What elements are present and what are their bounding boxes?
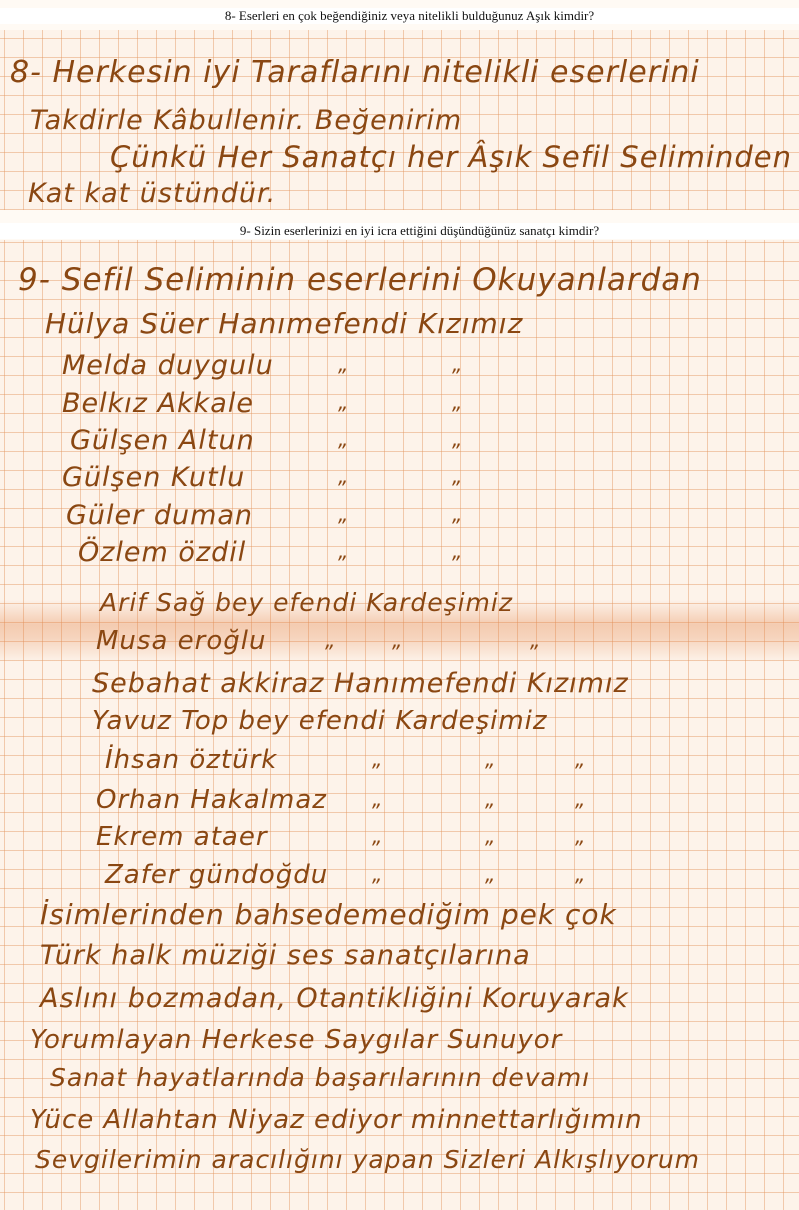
singer-row-6-name: Özlem özdil <box>78 537 246 568</box>
ditto-mark: „ <box>452 539 462 563</box>
singer-row-musa-name: Musa eroğlu <box>96 626 266 656</box>
singer-row-10-name: Orhan Hakalmaz <box>96 785 327 815</box>
ditto-mark: „ <box>338 464 348 488</box>
closing-line-5: Sanat hayatlarında başarılarının devamı <box>50 1063 590 1092</box>
singer-row-2-name: Belkız Akkale <box>62 388 254 419</box>
singer-row-4-name: Gülşen Kutlu <box>62 462 245 493</box>
ditto-mark: „ <box>325 628 335 652</box>
ditto-mark: „ <box>452 390 462 414</box>
singer-row-1-name: Melda duygulu <box>62 350 274 381</box>
singer-row-9-name: İhsan öztürk <box>105 745 277 775</box>
ditto-mark: „ <box>372 862 382 886</box>
closing-line-4: Yorumlayan Herkese Saygılar Sunuyor <box>30 1025 562 1055</box>
singer-row-12-name: Zafer gündoğdu <box>105 860 328 890</box>
ditto-mark: „ <box>338 502 348 526</box>
closing-line-1: İsimlerinden bahsedemediğim pek çok <box>40 898 617 931</box>
ditto-mark: „ <box>452 427 462 451</box>
singer-row-11-name: Ekrem ataer <box>96 822 268 852</box>
ditto-mark: „ <box>485 862 495 886</box>
sebahat-line: Sebahat akkiraz Hanımefendi Kızımız <box>92 668 629 699</box>
arif-sag-line: Arif Sağ bey efendi Kardeşimiz <box>100 588 513 617</box>
ditto-mark: „ <box>452 464 462 488</box>
ditto-mark: „ <box>575 747 585 771</box>
ditto-mark: „ <box>575 824 585 848</box>
ditto-mark: „ <box>485 747 495 771</box>
answer8-line-3: Çünkü Her Sanatçı her Âşık Sefil Selimin… <box>110 140 792 174</box>
answer9-intro-1: 9- Sefil Seliminin eserlerini Okuyanlard… <box>18 262 702 298</box>
ditto-mark: „ <box>530 628 540 652</box>
ditto-mark: „ <box>575 787 585 811</box>
closing-line-3: Aslını bozmadan, Otantikliğini Koruyarak <box>40 983 629 1014</box>
ditto-mark: „ <box>452 352 462 376</box>
ditto-mark: „ <box>372 747 382 771</box>
answer8-line-2: Takdirle Kâbullenir. Beğenirim <box>30 105 462 136</box>
answer8-line-4: Kat kat üstündür. <box>28 178 276 209</box>
singer-row-3-name: Gülşen Altun <box>70 425 255 456</box>
ditto-mark: „ <box>338 539 348 563</box>
ditto-mark: „ <box>485 787 495 811</box>
ditto-mark: „ <box>575 862 585 886</box>
answer9-intro-2: Hülya Süer Hanımefendi Kızımız <box>45 307 523 340</box>
question-8: 8- Eserleri en çok beğendiğiniz veya nit… <box>0 8 799 24</box>
question-9: 9- Sizin eserlerinizi en iyi icra ettiği… <box>0 223 799 239</box>
closing-line-2: Türk halk müziği ses sanatçılarına <box>40 940 531 971</box>
ditto-mark: „ <box>372 787 382 811</box>
ditto-mark: „ <box>392 628 402 652</box>
closing-line-6: Yüce Allahtan Niyaz ediyor minnettarlığı… <box>30 1105 643 1135</box>
answer8-line-1: 8- Herkesin iyi Taraflarını nitelikli es… <box>10 55 700 90</box>
ditto-mark: „ <box>338 352 348 376</box>
yavuz-line: Yavuz Top bey efendi Kardeşimiz <box>92 706 548 736</box>
ditto-mark: „ <box>485 824 495 848</box>
ditto-mark: „ <box>338 390 348 414</box>
singer-row-5-name: Güler duman <box>66 500 253 531</box>
ditto-mark: „ <box>452 502 462 526</box>
closing-line-7: Sevgilerimin aracılığını yapan Sizleri A… <box>35 1145 700 1174</box>
ditto-mark: „ <box>338 427 348 451</box>
ditto-mark: „ <box>372 824 382 848</box>
